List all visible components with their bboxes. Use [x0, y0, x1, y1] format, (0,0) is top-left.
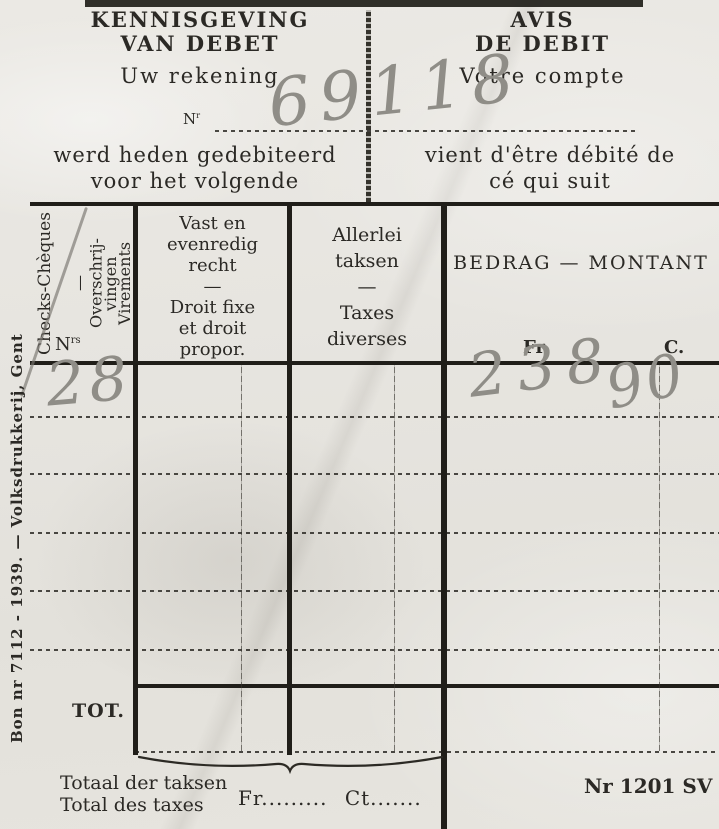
- form-reference-number: Nr 1201 SV: [584, 774, 712, 798]
- subcolumn-line-recht: [241, 365, 242, 751]
- total-label: TOT.: [72, 700, 125, 722]
- column-divider-3: [441, 202, 447, 829]
- handwritten-amount-francs: 238: [465, 329, 619, 407]
- account-label-sup: r: [196, 110, 200, 120]
- footer-total-nl: Totaal der taksen: [60, 772, 227, 794]
- taksen-line5: diverses: [296, 326, 438, 352]
- recht-line2: evenredig: [140, 234, 285, 255]
- recht-dash: —: [140, 276, 285, 297]
- title-nl-line2: VAN DEBET: [60, 32, 340, 56]
- column-header-taksen: Allerlei taksen — Taxes diverses: [296, 222, 438, 352]
- scan-edge-strip: [85, 0, 643, 7]
- intro-french: vient d'être débité de cé qui suit: [400, 142, 700, 194]
- taksen-line4: Taxes: [296, 300, 438, 326]
- taksen-line2: taksen: [296, 248, 438, 274]
- scanned-debit-notice: KENNISGEVING VAN DEBET Uw rekening AVIS …: [0, 0, 719, 829]
- footer-fr-field: Fr.........: [238, 786, 327, 810]
- recht-line6: et droit: [140, 318, 285, 339]
- title-nl-line1: KENNISGEVING: [60, 8, 340, 32]
- intro-nl-line1: werd heden gedebiteerd: [40, 142, 350, 168]
- taksen-dash: —: [296, 274, 438, 300]
- nrs-sup: rs: [71, 335, 81, 346]
- recht-line7: propor.: [140, 339, 285, 360]
- recht-line3: recht: [140, 255, 285, 276]
- intro-dutch: werd heden gedebiteerd voor het volgende: [40, 142, 350, 194]
- handwritten-amount-centimes: 90: [601, 344, 691, 417]
- subcolumn-line-centimes: [659, 365, 660, 751]
- column-header-recht: Vast en evenredig recht — Droit fixe et …: [140, 213, 285, 360]
- account-number-label: Nr: [183, 110, 200, 128]
- column-header-virements: Virements: [117, 206, 132, 361]
- footer-amount-fields: Fr......... Ct.......: [238, 786, 422, 810]
- handwritten-nr-entry: 28: [44, 348, 135, 415]
- recht-line5: Droit fixe: [140, 297, 285, 318]
- recht-line1: Vast en: [140, 213, 285, 234]
- intro-fr-line1: vient d'être débité de: [400, 142, 700, 168]
- taksen-line1: Allerlei: [296, 222, 438, 248]
- printer-margin-note: Bon nr 7112 - 1939. — Volksdrukkerij, Ge…: [4, 328, 30, 748]
- footer-total-taxes: Totaal der taksen Total des taxes: [60, 772, 227, 816]
- footer-total-fr: Total des taxes: [60, 794, 227, 816]
- column-header-bedrag: BEDRAG — MONTANT: [447, 252, 715, 274]
- column-header-cheques: Checks-Chèques: [34, 206, 56, 361]
- title-fr-line1: AVIS: [405, 8, 680, 32]
- column-divider-2: [287, 202, 292, 755]
- intro-fr-line2: cé qui suit: [400, 168, 700, 194]
- total-row-top-border: [135, 684, 719, 688]
- subcolumn-line-taksen: [394, 365, 395, 751]
- footer-ct-field: Ct.......: [345, 786, 422, 810]
- intro-nl-line2: voor het volgende: [40, 168, 350, 194]
- account-label-n: N: [183, 110, 196, 128]
